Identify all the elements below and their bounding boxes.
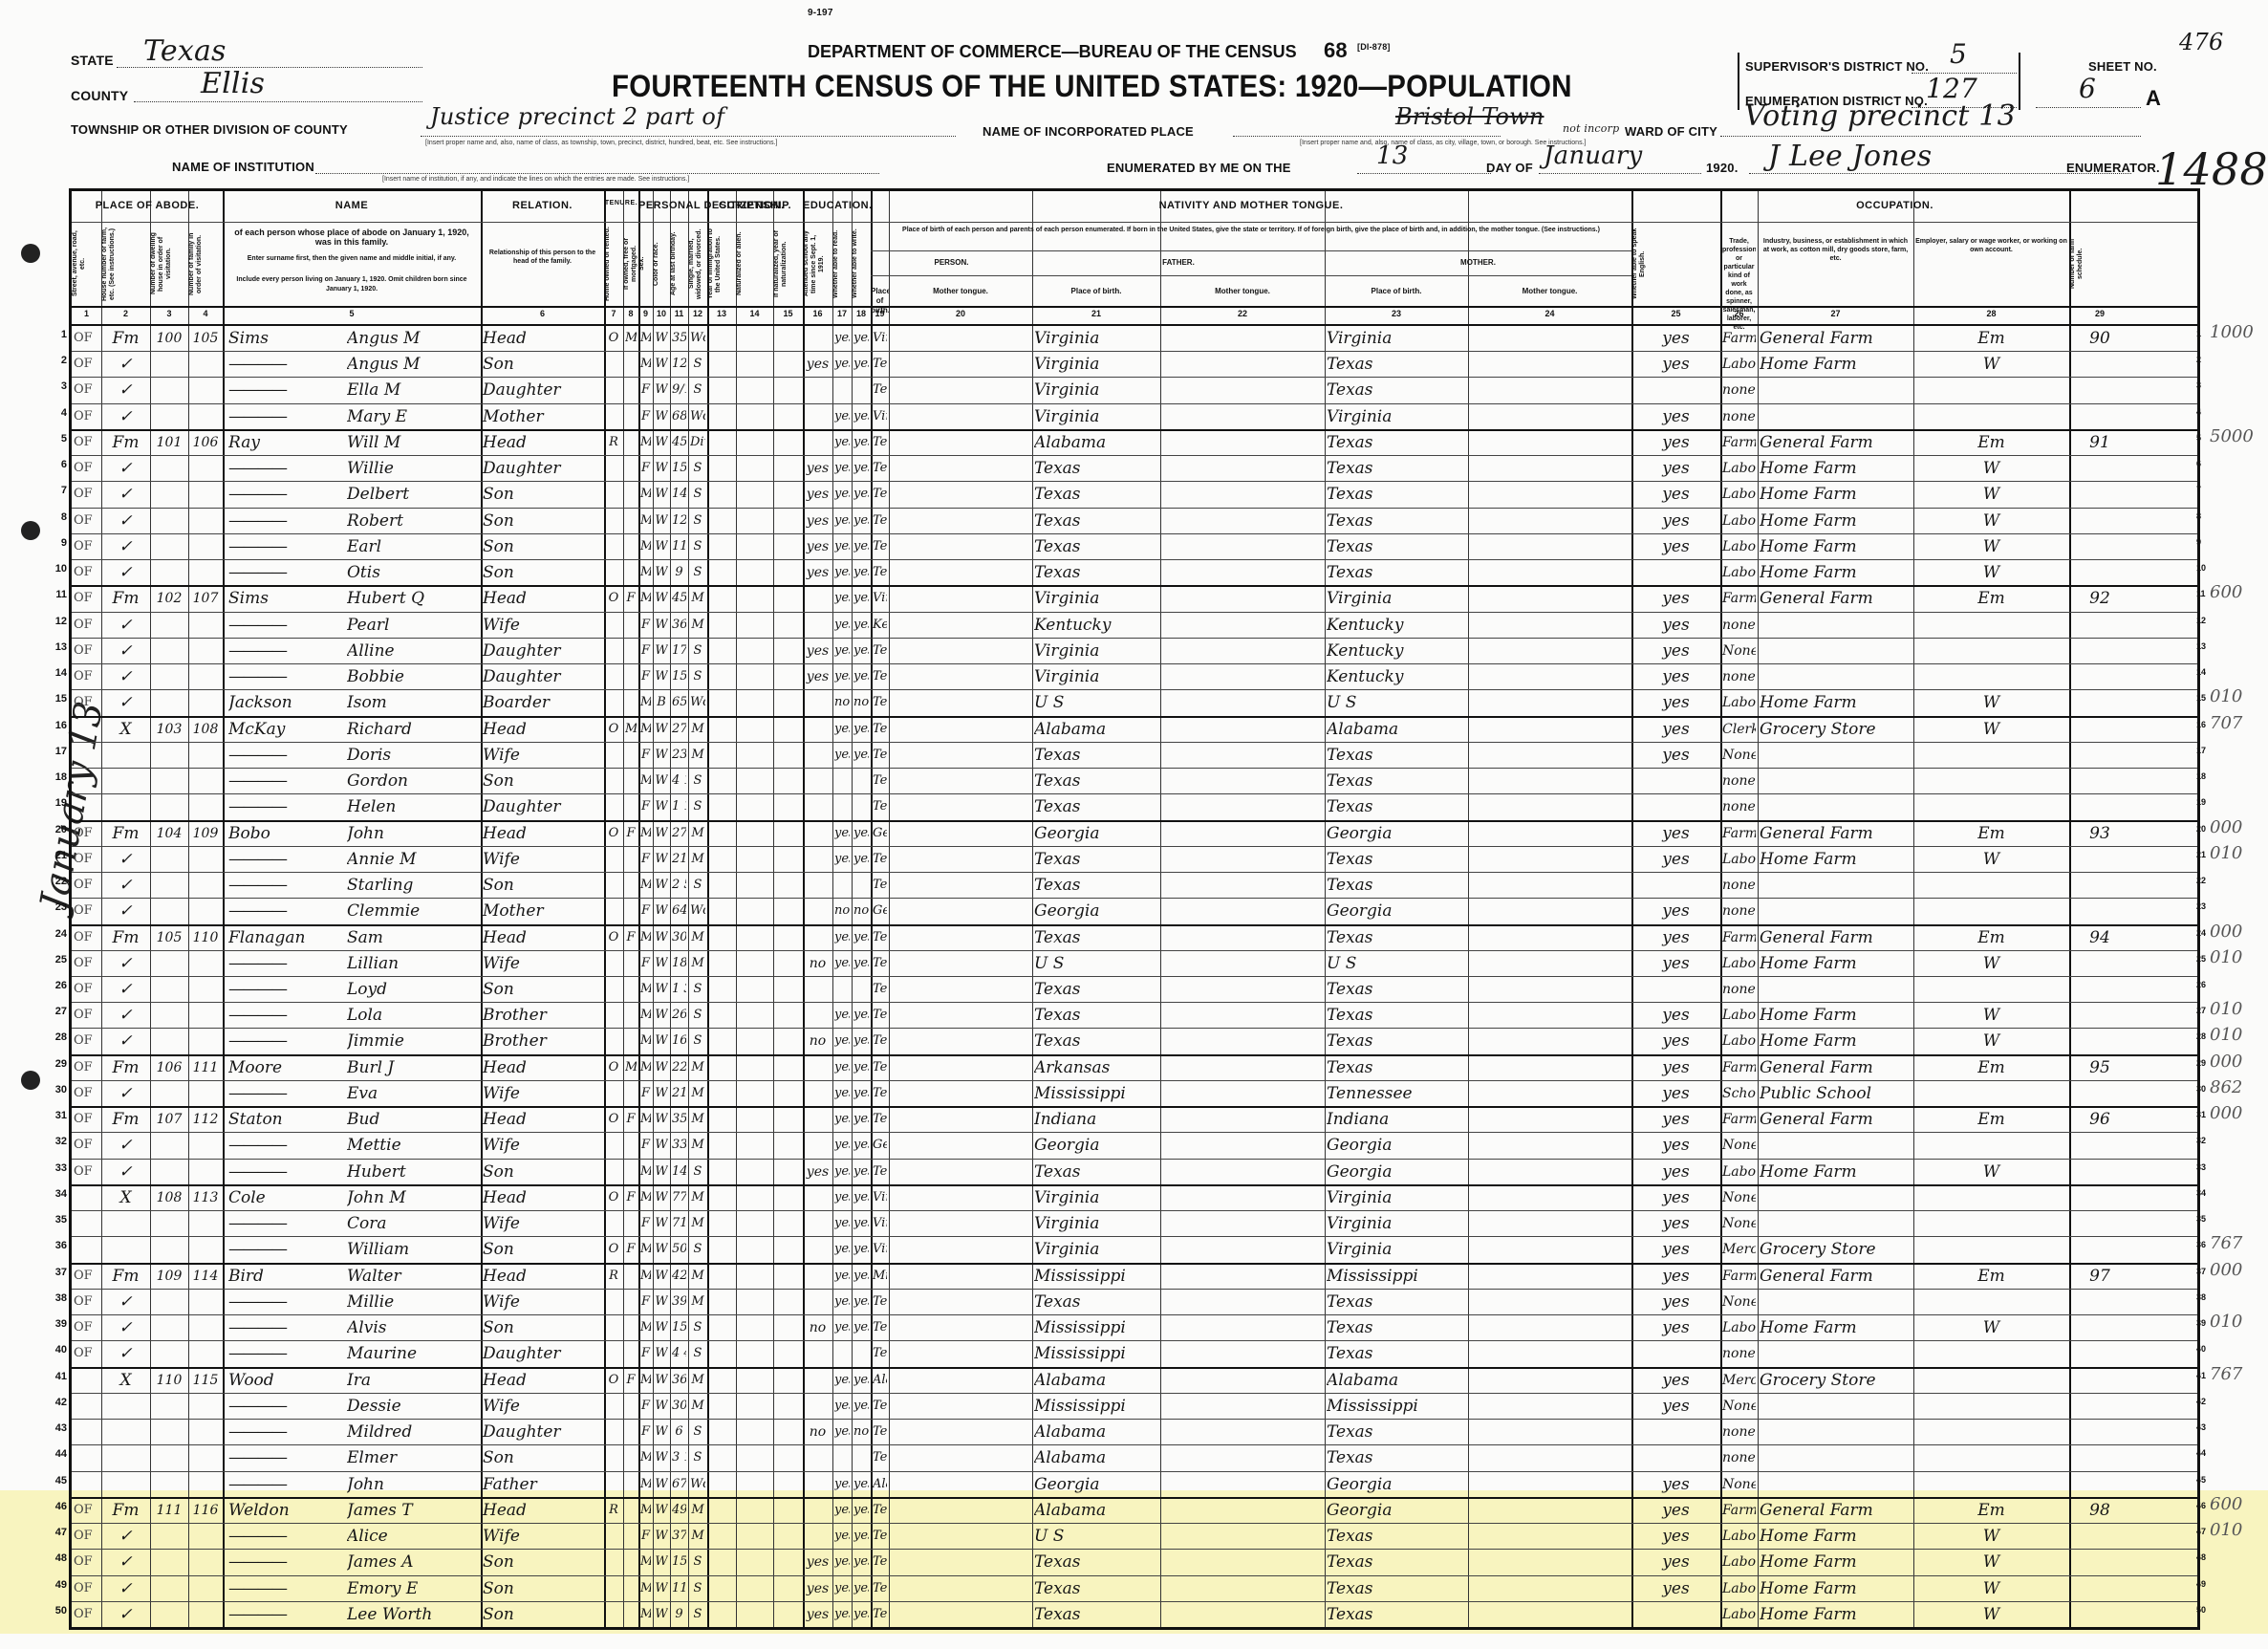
cell-sex: M [640,1003,651,1028]
given-name: Lola [347,1003,479,1028]
cell-mother: Alabama [1327,1368,1466,1393]
cell-relation: Wife [483,743,602,768]
cell-race: W [655,743,668,768]
cell-age: 36 [672,1368,686,1393]
surname: Bobo [228,821,348,846]
street-mark: OF [74,352,100,377]
cell-write: yes [853,560,869,585]
line-number: 6 [52,459,67,470]
cell-owned: O [606,1368,621,1393]
cell-race: W [655,1420,668,1444]
cell-english: yes [1633,1160,1718,1184]
cell-family: 106 [190,430,221,455]
cell-relation: Daughter [483,378,602,402]
column-number: 24 [1468,309,1631,318]
cell-house: ✓ [103,899,148,923]
surname-ditto: ———— [228,1445,338,1470]
surname-ditto: ———— [228,1081,338,1106]
cell-father: Alabama [1034,717,1158,742]
cell-marital: M [690,847,705,872]
cell-class: Em [1915,1264,2067,1289]
given-name: Will M [347,430,479,455]
line-number: 2 [52,355,67,366]
cell-mother: Virginia [1327,1185,1466,1210]
cell-house: ✓ [103,1029,148,1053]
cell-sex: F [640,1394,651,1419]
cell-house: ✓ [103,1341,148,1366]
cell-sex: M [640,977,651,1002]
column-divider [670,191,671,1627]
cell-read: yes [834,430,850,455]
cell-owned: O [606,821,621,846]
cell-owned: R [606,1498,621,1523]
cell-read: yes [834,1029,850,1053]
cell-relation: Daughter [483,794,602,819]
cell-race: W [655,404,668,429]
cell-house: ✓ [103,560,148,585]
cell-owned: O [606,1107,621,1132]
cell-marital: S [690,1341,705,1366]
cell-class: W [1915,1550,2067,1574]
group-header-personal: PERSONAL DESCRIPTION. [638,200,707,211]
cell-read: yes [834,326,850,351]
cell-father: Texas [1034,1003,1158,1028]
ward-label: WARD OF CITY [1625,124,1717,139]
cell-industry: Home Farm [1760,560,1912,585]
line-number-right: 26 [2196,980,2212,989]
cell-father: Virginia [1034,639,1158,663]
column-divider [2069,191,2071,1627]
margin-code: 010 [2210,843,2242,863]
cell-age: 36 [672,613,686,638]
cell-sex: M [640,1107,651,1132]
cell-race: W [655,1498,668,1523]
cell-dwelling: 103 [152,717,186,742]
cell-write: yes [853,1055,869,1080]
cell-birth: Texas [873,560,887,585]
cell-dwelling: 107 [152,1107,186,1132]
column-divider [653,191,654,1627]
cell-house: ✓ [103,352,148,377]
cell-write: yes [853,1368,869,1393]
cell-english: yes [1633,1524,1718,1549]
street-mark: OF [74,404,100,429]
cell-write: no [853,1420,869,1444]
cell-sex: M [640,482,651,507]
cell-industry: Home Farm [1760,1160,1912,1184]
cell-read: yes [834,1498,850,1523]
cell-trade: Laborer [1722,509,1756,533]
line-number-right: 3 [2196,380,2212,390]
cell-sex: M [640,1264,651,1289]
surname-ditto: ———— [228,1524,338,1549]
cell-relation: Son [483,1550,602,1574]
cell-race: W [655,1107,668,1132]
cell-industry: General Farm [1760,821,1912,846]
cell-class: W [1915,1576,2067,1601]
line-number-right: 2 [2196,355,2212,364]
cell-mother: Texas [1327,1576,1466,1601]
cell-marital: S [690,560,705,585]
cell-family: 105 [190,326,221,351]
cell-race: W [655,456,668,481]
punch-hole-lower [21,1071,40,1090]
surname: Sims [228,586,348,611]
cell-family: 114 [190,1264,221,1289]
column-header-12: Single, married, widowed, or divorced. [688,226,707,302]
cell-industry: Grocery Store [1760,717,1912,742]
cell-marital: M [690,586,705,611]
cell-sex: M [640,717,651,742]
cell-mother: Georgia [1327,899,1466,923]
cell-age: 39 [672,1290,686,1314]
cell-trade: Laborer [1722,690,1756,715]
column-divider [188,191,189,1627]
cell-marital: S [690,1602,705,1627]
given-name: Bobbie [347,664,479,689]
line-number: 5 [52,433,67,445]
cell-father: Arkansas [1034,1055,1158,1080]
margin-code: 000 [2210,1260,2242,1280]
cell-age: 15 [672,664,686,689]
line-number: 31 [52,1110,67,1121]
line-number: 42 [52,1397,67,1408]
cell-house: ✓ [103,1133,148,1158]
cell-marital: Wd [690,1472,705,1497]
cell-trade: Laborer [1722,1029,1756,1053]
street-mark: OF [74,1160,100,1184]
cell-birth: Texas [873,1003,887,1028]
cell-write: yes [853,925,869,950]
cell-english: yes [1633,1081,1718,1106]
cell-age: 49 [672,1498,686,1523]
column-divider [736,191,737,1627]
cell-trade: none [1722,378,1756,402]
street-mark: OF [74,1055,100,1080]
cell-race: W [655,1550,668,1574]
cell-read: yes [834,586,850,611]
cell-class: W [1915,717,2067,742]
cell-sex: M [640,352,651,377]
cell-class: W [1915,534,2067,559]
cell-relation: Head [483,1185,602,1210]
cell-age: 50 [672,1237,686,1262]
cell-class: Em [1915,586,2067,611]
street-mark: OF [74,847,100,872]
cell-birth: Texas [873,352,887,377]
cell-class: Em [1915,1498,2067,1523]
cell-write: no [853,899,869,923]
cell-birth: Texas [873,873,887,898]
cell-age: 9 [672,1602,686,1627]
cell-sex: F [640,664,651,689]
cell-farm: 94 [2071,925,2128,950]
cell-mortgage: F [625,925,637,950]
state-label: STATE [71,53,114,68]
column-divider [623,191,624,1627]
cell-trade: Laborer [1722,847,1756,872]
surname-ditto: ———— [228,769,338,793]
surname-ditto: ———— [228,899,338,923]
cell-write: yes [853,1576,869,1601]
line-number: 30 [52,1084,67,1096]
cell-father: Texas [1034,509,1158,533]
cell-family: 110 [190,925,221,950]
cell-trade: none [1722,899,1756,923]
cell-house: ✓ [103,509,148,533]
column-number: 16 [803,309,832,318]
given-name: Loyd [347,977,479,1002]
line-number-right: 34 [2196,1188,2212,1198]
cell-class: W [1915,951,2067,976]
cell-race: W [655,1315,668,1340]
cell-trade: none [1722,664,1756,689]
margin-code: 010 [2210,1520,2242,1540]
cell-age: 16 [672,1029,686,1053]
cell-sex: M [640,1055,651,1080]
cell-father: Alabama [1034,430,1158,455]
cell-industry: Home Farm [1760,1550,1912,1574]
column-number: 5 [223,309,481,318]
cell-family: 115 [190,1368,221,1393]
cell-sex: M [640,1498,651,1523]
cell-owned: O [606,326,621,351]
cell-school: no [805,1029,831,1053]
cell-race: W [655,1445,668,1470]
cell-mother: Texas [1327,769,1466,793]
given-name: Elmer [347,1445,479,1470]
cell-age: 21 [672,1081,686,1106]
cell-owned: O [606,1055,621,1080]
cell-sex: F [640,899,651,923]
cell-relation: Daughter [483,1420,602,1444]
cell-english: yes [1633,1264,1718,1289]
cell-class: W [1915,560,2067,585]
margin-code: 1000 [2210,322,2254,342]
cell-father: Georgia [1034,899,1158,923]
cell-mother: U S [1327,690,1466,715]
cell-class: Em [1915,1055,2067,1080]
cell-english: yes [1633,509,1718,533]
cell-mother: Texas [1327,456,1466,481]
cell-class: Em [1915,1107,2067,1132]
township-value: Justice precinct 2 part of [430,103,724,130]
margin-code: 000 [2210,1103,2242,1123]
county-label: COUNTY [71,88,128,103]
cell-industry: General Farm [1760,1107,1912,1132]
column-header-29: Number of farm schedule. [2069,226,2130,302]
cell-relation: Head [483,430,602,455]
cell-english: yes [1633,717,1718,742]
cell-trade: Laborer [1722,1602,1756,1627]
cell-trade: None [1722,1394,1756,1419]
street-mark: OF [74,1498,100,1523]
header-divider [72,222,2197,223]
cell-race: W [655,509,668,533]
given-name: Dessie [347,1394,479,1419]
cell-read: yes [834,847,850,872]
cell-age: 4 4/12 [672,1341,686,1366]
cell-mother: Texas [1327,1602,1466,1627]
cell-industry: Home Farm [1760,951,1912,976]
cell-sex: F [640,639,651,663]
cell-trade: none [1722,769,1756,793]
cell-marital: Wd [690,899,705,923]
cell-race: W [655,1237,668,1262]
surname-ditto: ———— [228,1160,338,1184]
cell-owned: R [606,1264,621,1289]
line-number: 41 [52,1371,67,1382]
ed-value: 127 [1926,73,1977,104]
cell-relation: Head [483,1055,602,1080]
name-instructions: Include every person living on January 1… [227,275,477,294]
column-number: 4 [188,309,223,318]
cell-school: yes [805,534,831,559]
cell-class: W [1915,1160,2067,1184]
column-number: 20 [889,309,1032,318]
cell-mother: Virginia [1327,326,1466,351]
column-number: 14 [736,309,773,318]
street-mark: OF [74,639,100,663]
form-stamp: [DI-878] [1357,42,1391,52]
cell-sex: M [640,1602,651,1627]
cell-sex: M [640,560,651,585]
cell-trade: none [1722,1445,1756,1470]
given-name: Annie M [347,847,479,872]
given-name: Alvis [347,1315,479,1340]
cell-mother: Virginia [1327,404,1466,429]
surname-ditto: ———— [228,1341,338,1366]
line-number: 19 [52,797,67,809]
cell-age: 26 [672,1003,686,1028]
cell-age: 14 [672,1160,686,1184]
ed-label: ENUMERATION DISTRICT NO. [1745,94,1928,108]
cell-age: 14 [672,482,686,507]
given-name: Hubert Q [347,586,479,611]
street-mark: OF [74,613,100,638]
cell-house: Fm [103,586,148,611]
given-name: Gordon [347,769,479,793]
cell-house: ✓ [103,534,148,559]
column-divider [604,191,606,1627]
cell-mother: Texas [1327,1055,1466,1080]
surname-ditto: ———— [228,456,338,481]
cell-school: yes [805,1576,831,1601]
cell-read: yes [834,456,850,481]
cell-family: 111 [190,1055,221,1080]
cell-read: yes [834,1420,850,1444]
cell-sex: F [640,1081,651,1106]
cell-house: Fm [103,821,148,846]
cell-marital: S [690,873,705,898]
cell-write: yes [853,1315,869,1340]
surname: Bird [228,1264,348,1289]
cell-school: yes [805,456,831,481]
surname-ditto: ———— [228,794,338,819]
cell-father: Mississippi [1034,1081,1158,1106]
township-note: [Insert proper name and, also, name of c… [425,140,777,146]
line-number-right: 45 [2196,1475,2212,1485]
cell-trade: none [1722,404,1756,429]
cell-relation: Wife [483,1133,602,1158]
cell-read: yes [834,821,850,846]
line-number: 14 [52,667,67,679]
cell-write: yes [853,1003,869,1028]
cell-birth: Mississippi [873,1264,887,1289]
cell-sex: M [640,1472,651,1497]
cell-trade: Merchant [1722,1368,1756,1393]
line-number: 47 [52,1527,67,1538]
column-divider [832,191,833,1627]
cell-trade: None [1722,639,1756,663]
cell-father: Alabama [1034,1445,1158,1470]
cell-birth: Texas [873,977,887,1002]
line-number-right: 7 [2196,485,2212,494]
cell-write: yes [853,456,869,481]
column-header-25: Whether able to speak English. [1631,226,1720,302]
nativity-note: Place of birth of each person and parent… [871,226,1631,234]
street-mark: OF [74,1550,100,1574]
cell-father: Texas [1034,1550,1158,1574]
cell-father: Texas [1034,873,1158,898]
cell-mother: Texas [1327,977,1466,1002]
margin-code: 767 [2210,1364,2242,1384]
cell-english: yes [1633,1290,1718,1314]
cell-english: yes [1633,1185,1718,1210]
surname-ditto: ———— [228,977,338,1002]
cell-english: yes [1633,925,1718,950]
cell-family: 113 [190,1185,221,1210]
cell-marital: S [690,1160,705,1184]
given-name: Ella M [347,378,479,402]
line-number: 1 [52,329,67,340]
column-header-15: If naturalized, year of naturalization. [773,226,803,302]
cell-class: W [1915,509,2067,533]
cell-trade: Laborer [1722,951,1756,976]
given-name: Angus M [347,326,479,351]
cell-marital: S [690,509,705,533]
surname-ditto: ———— [228,847,338,872]
cell-trade: Farmer [1722,1107,1756,1132]
given-name: Mildred [347,1420,479,1444]
cell-sex: F [640,456,651,481]
cell-mother: U S [1327,951,1466,976]
incorporated-label: NAME OF INCORPORATED PLACE [983,124,1194,139]
cell-relation: Wife [483,1211,602,1236]
column-number: 10 [653,309,670,318]
cell-english: yes [1633,1394,1718,1419]
cell-sex: F [640,1290,651,1314]
column-number: 2 [101,309,150,318]
surname: Weldon [228,1498,348,1523]
line-number: 33 [52,1162,67,1174]
street-mark: OF [74,326,100,351]
street-mark: OF [74,1133,100,1158]
cell-trade: Laborer [1722,1576,1756,1601]
cell-industry: Grocery Store [1760,1368,1912,1393]
cell-trade: School Teacher [1722,1081,1756,1106]
cell-marital: S [690,482,705,507]
cell-mother: Georgia [1327,1133,1466,1158]
cell-marital: M [690,1368,705,1393]
surname-ditto: ———— [228,352,338,377]
cell-birth: Texas [873,378,887,402]
given-name: Hubert [347,1160,479,1184]
given-name: Ira [347,1368,479,1393]
cell-house: ✓ [103,690,148,715]
cell-mortgage: F [625,821,637,846]
cell-class: W [1915,1029,2067,1053]
